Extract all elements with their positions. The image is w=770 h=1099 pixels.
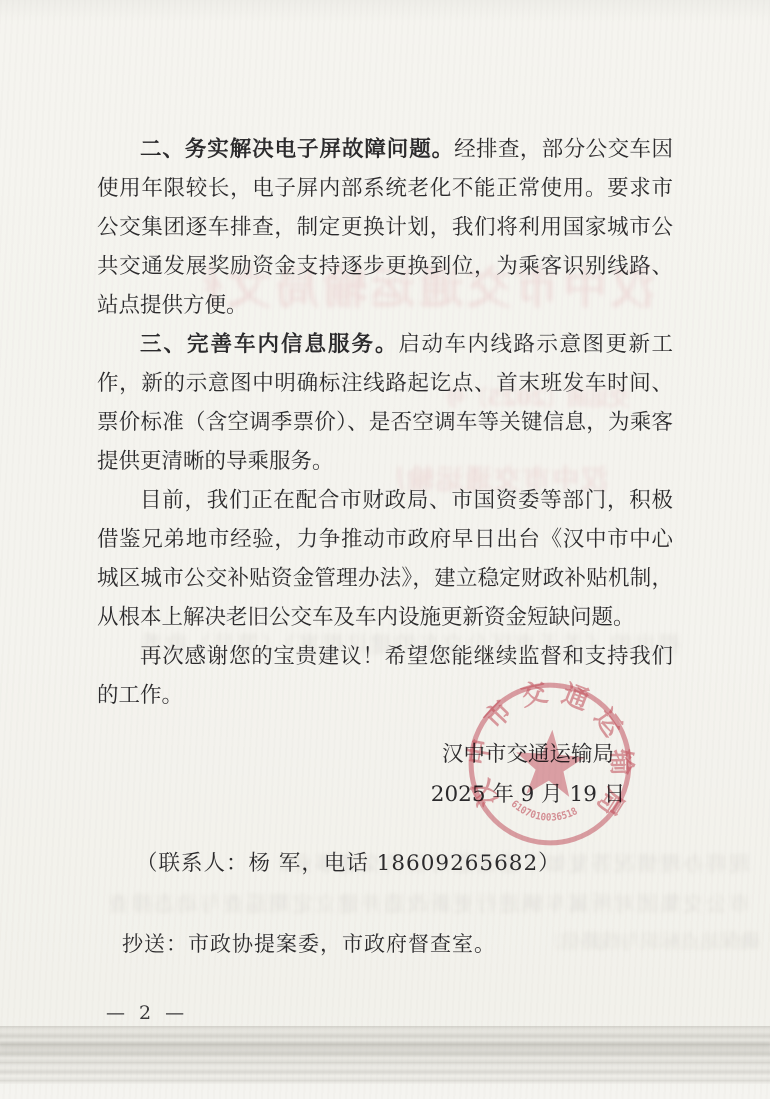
paragraph-subsidy-policy: 目前，我们正在配合市财政局、市国资委等部门，积极借鉴兄弟地市经验，力争推动市政府… — [97, 481, 673, 637]
letter-body: 二、务实解决电子屏故障问题。经排查，部分公交车因使用年限较长，电子屏内部系统老化… — [97, 130, 673, 715]
paragraph-3-info-service: 三、完善车内信息服务。启动车内线路示意图更新工作，新的示意图中明确标注线路起讫点… — [97, 325, 673, 481]
bleedthrough-gray-line-4: 确保站点标识与线路信息一致 — [555, 925, 760, 954]
paragraph-2-screen-repair: 二、务实解决电子屏故障问题。经排查，部分公交车因使用年限较长，电子屏内部系统老化… — [97, 130, 673, 325]
page-number: — 2 — — [106, 1002, 188, 1024]
paragraph-text: 目前，我们正在配合市财政局、市国资委等部门，积极借鉴兄弟地市经验，力争推动市政府… — [97, 488, 673, 630]
cc-line: 抄送：市政协提案委，市政府督查室。 — [122, 928, 496, 958]
svg-text:6107010036518: 6107010036518 — [508, 798, 581, 826]
scanned-document-page: 汉中市交通运输局文件 交运函〔2025〕号 汉中市交通运输局文件 提出的《关于市… — [0, 0, 770, 1099]
paragraph-text: 经排查，部分公交车因使用年限较长，电子屏内部系统老化不能正常使用。要求市公交集团… — [97, 137, 673, 318]
seal-star-icon — [513, 727, 587, 797]
paragraph-lead: 二、务实解决电子屏故障问题。 — [140, 137, 454, 162]
bleedthrough-gray-line-3: 市公交集团对所属车辆进行更新改造并建立定期巡查与动态排查 — [110, 888, 750, 918]
seal-serial-number: 6107010036518 — [508, 798, 581, 826]
official-seal-stamp: 汉中市交通运输局 6107010036518 — [452, 666, 648, 862]
scan-artifact-smudge — [0, 1042, 770, 1056]
paragraph-lead: 三、完善车内信息服务。 — [140, 332, 399, 357]
